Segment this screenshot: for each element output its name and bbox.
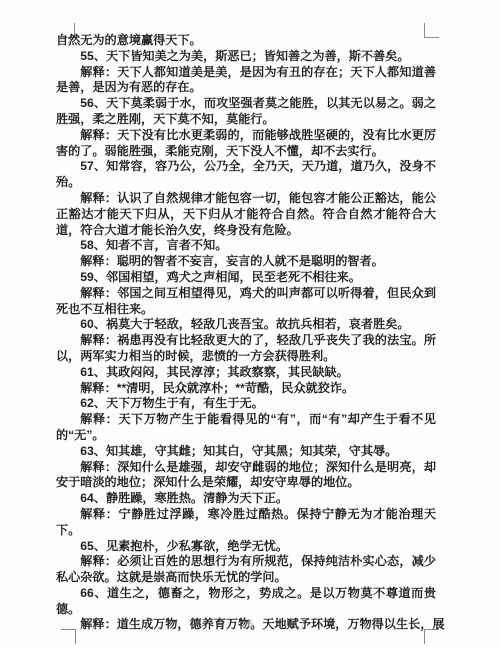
explanation-60: 解释：祸患再没有比轻敌更大的了，轻敌几乎丧失了我的法宝。所以，两军实力相当的时候…: [56, 333, 436, 365]
explanation-61: 解释：**清明，民众就淳朴；**苛酷，民众就狡诈。: [56, 381, 436, 397]
explanation-56: 解释：天下没有比水更柔弱的，而能够战胜坚硬的，没有比水更厉害的了。弱能胜强，柔能…: [56, 128, 436, 160]
explanation-65: 解释：必须让百姓的思想行为有所规范，保持纯洁朴实心态，减少私心杂欲。这就是崇高而…: [56, 554, 436, 586]
verse-57: 57、知常容，容乃公，公乃全，全乃天，天乃道，道乃久，没身不殆。: [56, 159, 436, 191]
explanation-57: 解释：认识了自然规律才能包容一切，能包容才能公正豁达，能公正豁达才能天下归从，天…: [56, 191, 436, 238]
verse-56: 56、天下莫柔弱于水，而攻坚强者莫之能胜，以其无以易之。弱之胜强，柔之胜刚，天下…: [56, 96, 436, 128]
verse-58: 58、知者不言，言者不知。: [56, 238, 436, 254]
explanation-59: 解释：邻国之间互相望得见，鸡犬的叫声都可以听得着，但民众到死也不互相往来。: [56, 286, 436, 318]
verse-59: 59、邻国相望，鸡犬之声相闻，民至老死不相往来。: [56, 270, 436, 286]
explanation-55: 解释：天下人都知道美是美，是因为有丑的存在；天下人都知道善是善，是因为有恶的存在…: [56, 65, 436, 97]
explanation-64: 解释：宁静胜过浮躁，寒冷胜过酷热。保持宁静无为才能治理天下。: [56, 507, 436, 539]
explanation-58: 解释：聪明的智者不妄言，妄言的人就不是聪明的智者。: [56, 254, 436, 270]
paragraph-continuation: 自然无为的意境赢得天下。: [56, 33, 436, 49]
verse-60: 60、祸莫大于轻敌，轻敌几丧吾宝。故抗兵相若，哀者胜矣。: [56, 317, 436, 333]
page-number: 6: [0, 619, 500, 631]
document-page: 自然无为的意境赢得天下。 55、天下皆知美之为美，斯恶已；皆知善之为善，斯不善矣…: [0, 0, 500, 647]
verse-66: 66、道生之，德畜之，物形之，势成之。是以万物莫不尊道而贵德。: [56, 586, 436, 618]
verse-65: 65、见素抱朴，少私寡欲，绝学无忧。: [56, 539, 436, 555]
explanation-62: 解释：天下万物产生于能看得见的“有”，而“有”却产生于看不见的“无”。: [56, 412, 436, 444]
explanation-63: 解释：深知什么是雄强，却安守雌弱的地位；深知什么是明亮，却安于暗淡的地位；深知什…: [56, 460, 436, 492]
document-text: 自然无为的意境赢得天下。 55、天下皆知美之为美，斯恶已；皆知善之为善，斯不善矣…: [56, 33, 436, 633]
verse-61: 61、其政闷闷，其民淳淳；其政察察，其民缺缺。: [56, 365, 436, 381]
verse-55: 55、天下皆知美之为美，斯恶已；皆知善之为善，斯不善矣。: [56, 49, 436, 65]
verse-63: 63、知其雄，守其雌；知其白，守其黑；知其荣，守其辱。: [56, 444, 436, 460]
verse-64: 64、静胜躁，寒胜热。清静为天下正。: [56, 491, 436, 507]
verse-62: 62、天下万物生于有，有生于无。: [56, 396, 436, 412]
